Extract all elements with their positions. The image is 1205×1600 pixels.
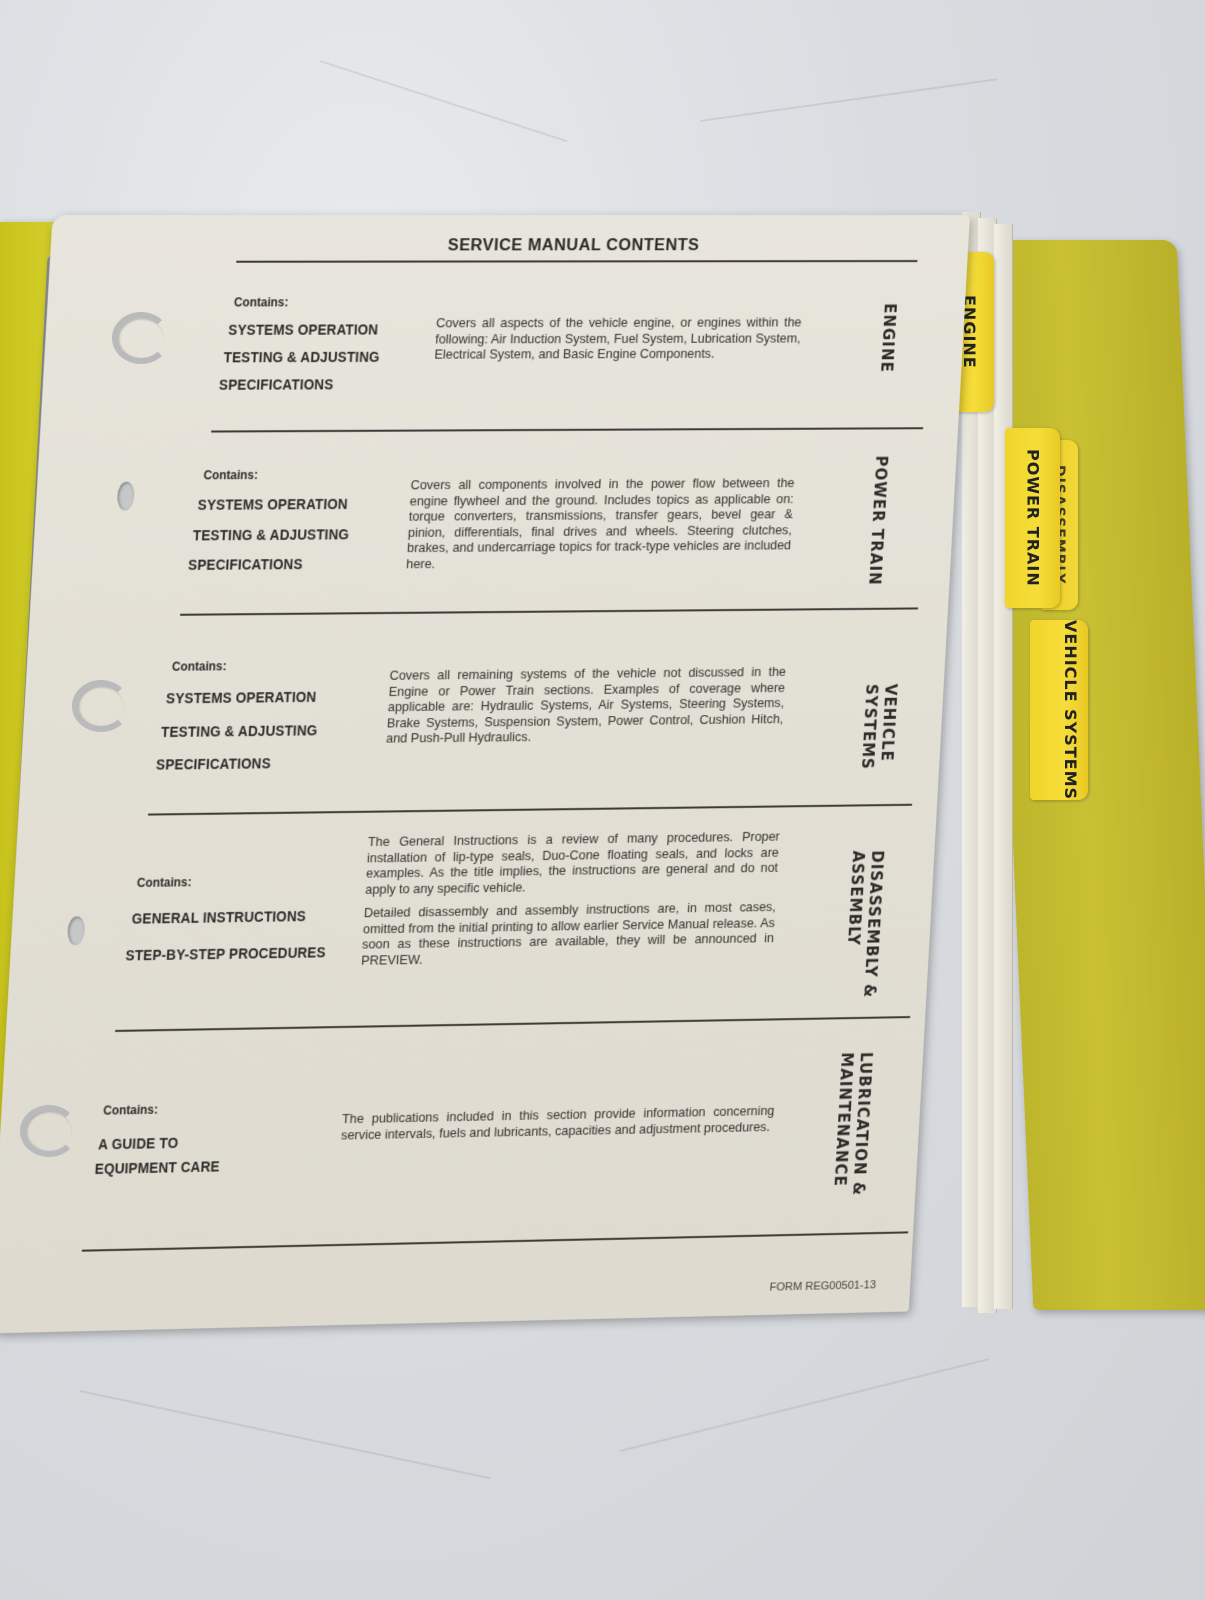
contents-item: A GUIDE TO <box>98 1136 179 1154</box>
divider-rule <box>115 1016 910 1032</box>
contents-item: SPECIFICATIONS <box>188 557 303 574</box>
section-description: The General Instructions is a review of … <box>360 830 780 977</box>
section-lubrication-maintenance: Contains: A GUIDE TO EQUIPMENT CARE The … <box>3 1071 922 1088</box>
contents-item: TESTING & ADJUSTING <box>192 527 349 544</box>
punch-hole <box>117 482 135 511</box>
marble-vein <box>620 1358 989 1452</box>
contains-label: Contains: <box>203 467 258 483</box>
section-side-label: DISASSEMBLY & ASSEMBLY <box>833 850 886 1011</box>
marble-vein <box>320 60 568 142</box>
binder-ring <box>112 312 170 364</box>
contents-item: SPECIFICATIONS <box>218 377 333 394</box>
page-stack-edge <box>994 224 1013 1309</box>
description-paragraph: Covers all remaining systems of the vehi… <box>386 665 787 747</box>
marble-vein <box>80 1390 491 1479</box>
divider-rule <box>180 607 918 615</box>
section-vehicle-systems: Contains: SYSTEMS OPERATION TESTING & AD… <box>28 643 946 652</box>
section-side-label: POWER TRAIN <box>862 455 890 616</box>
punch-hole <box>67 916 85 945</box>
section-description: Covers all remaining systems of the vehi… <box>385 665 786 756</box>
contents-page: SERVICE MANUAL CONTENTS Contains: SYSTEM… <box>0 215 970 1333</box>
tab-power-train[interactable]: POWER TRAIN <box>1005 428 1060 608</box>
contents-item: TESTING & ADJUSTING <box>223 350 380 367</box>
section-description: Covers all components involved in the po… <box>405 476 795 580</box>
form-number: FORM REG00501-13 <box>769 1279 876 1294</box>
description-paragraph: The General Instructions is a review of … <box>365 830 780 898</box>
contains-label: Contains: <box>234 294 289 309</box>
contents-item: EQUIPMENT CARE <box>94 1159 220 1178</box>
contains-label: Contains: <box>172 658 227 674</box>
tab-power-train-label: POWER TRAIN <box>1024 449 1042 587</box>
section-power-train: Contains: SYSTEMS OPERATION TESTING & AD… <box>39 455 957 460</box>
tab-vehicle-systems-label: VEHICLE SYSTEMS <box>1039 620 1079 800</box>
contents-item: TESTING & ADJUSTING <box>161 723 318 741</box>
section-engine: Contains: SYSTEMS OPERATION TESTING & AD… <box>48 285 966 286</box>
divider-rule <box>236 260 917 263</box>
divider-rule <box>82 1231 908 1251</box>
description-paragraph: The publications included in this sectio… <box>341 1104 775 1144</box>
contents-item: SYSTEMS OPERATION <box>166 690 317 708</box>
section-side-label: ENGINE <box>872 303 899 443</box>
marble-vein <box>700 78 997 122</box>
page-title: SERVICE MANUAL CONTENTS <box>447 237 700 255</box>
contents-item: SYSTEMS OPERATION <box>228 322 379 339</box>
description-paragraph: Covers all aspects of the vehicle engine… <box>434 315 802 363</box>
contains-label: Contains: <box>137 874 192 890</box>
binder-ring <box>72 680 130 732</box>
contents-item: SPECIFICATIONS <box>156 756 272 774</box>
binder-cover-right <box>987 240 1205 1310</box>
section-description: The publications included in this sectio… <box>340 1104 775 1152</box>
contains-label: Contains: <box>103 1101 159 1117</box>
binder-ring <box>20 1105 78 1157</box>
section-side-label: VEHICLE SYSTEMS <box>849 684 899 795</box>
tab-vehicle-systems[interactable]: VEHICLE SYSTEMS <box>1030 620 1088 800</box>
section-disassembly-assembly: Contains: GENERAL INSTRUCTIONS STEP-BY-S… <box>17 827 936 839</box>
section-side-label: LUBRICATION & MAINTENANCE <box>821 1052 875 1234</box>
contents-item: GENERAL INSTRUCTIONS <box>131 909 306 928</box>
contents-item: SYSTEMS OPERATION <box>197 497 348 514</box>
contents-item: STEP-BY-STEP PROCEDURES <box>125 945 326 964</box>
description-paragraph: Covers all components involved in the po… <box>406 476 795 572</box>
divider-rule <box>148 804 912 816</box>
description-paragraph: Detailed disassembly and assembly instru… <box>361 900 776 969</box>
section-description: Covers all aspects of the vehicle engine… <box>433 315 801 371</box>
divider-rule <box>211 427 923 432</box>
